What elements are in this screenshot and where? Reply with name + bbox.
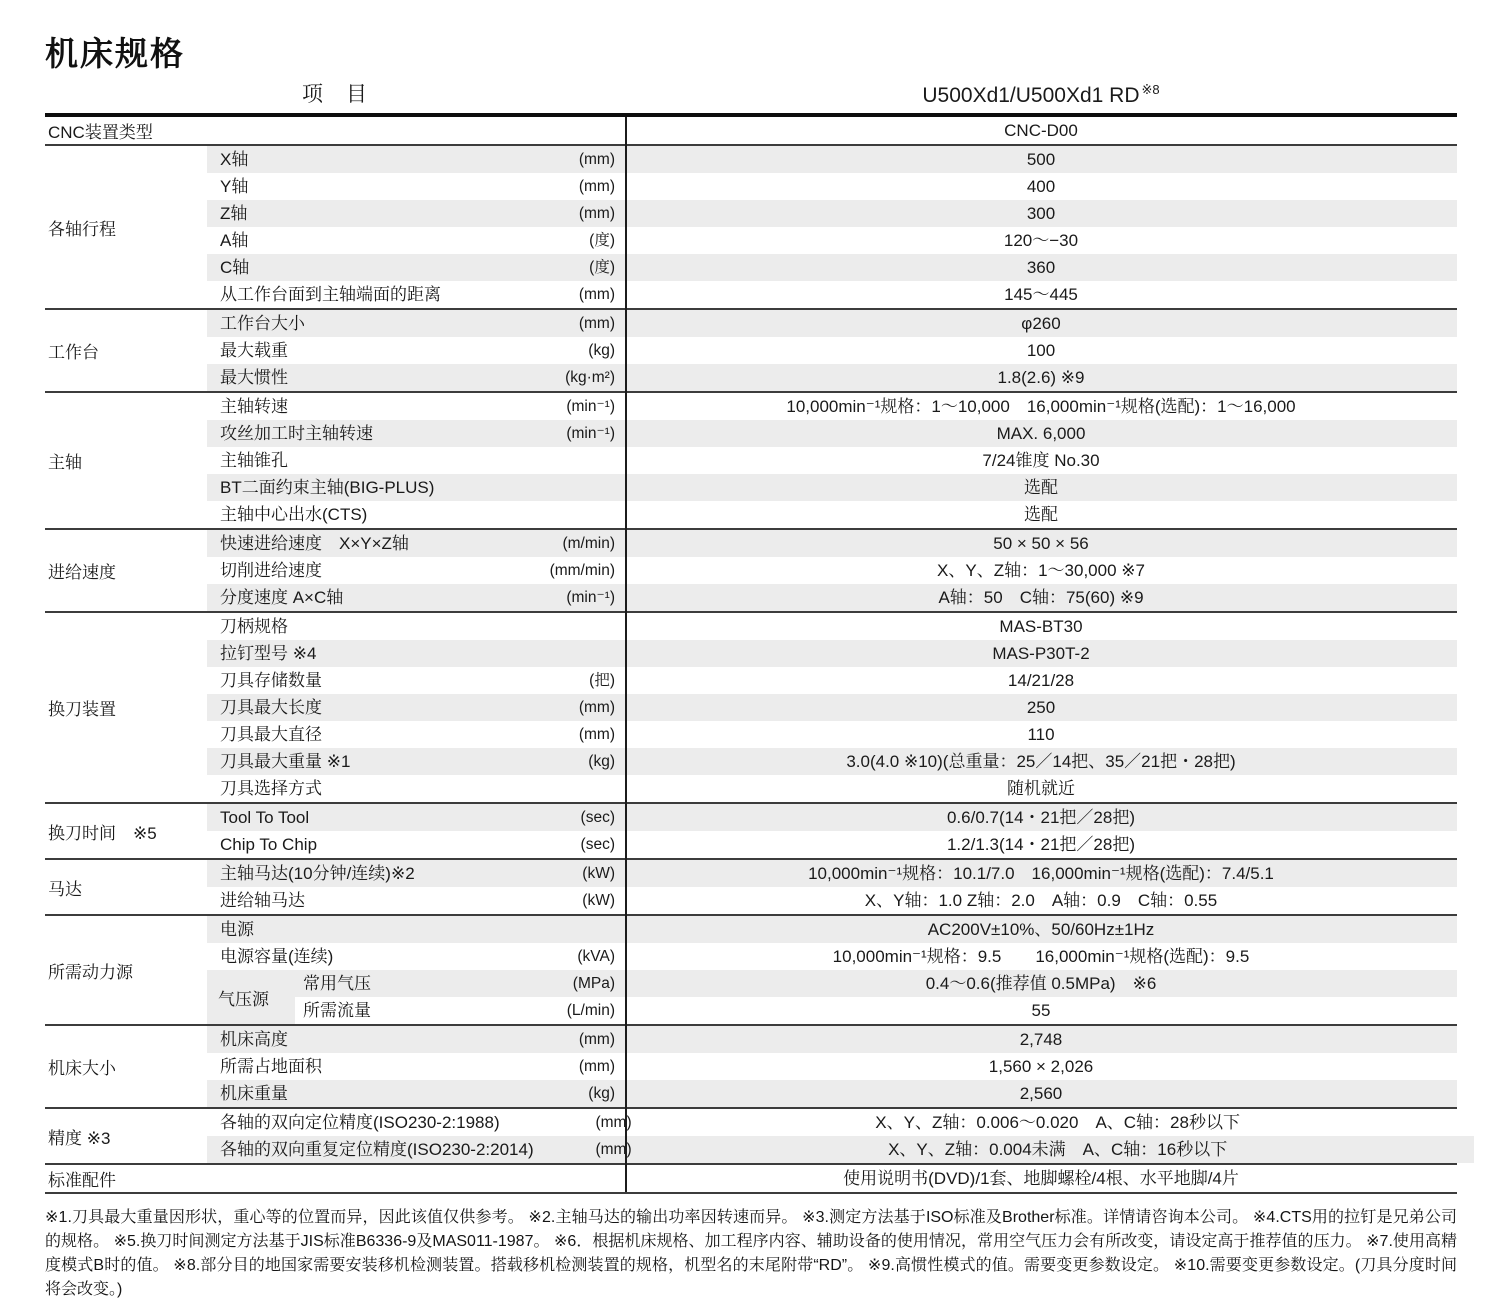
unit-label: (min⁻¹) [517,420,625,447]
section-rows: Tool To Tool(sec)0.6/0.7(14・21把／28把)Chip… [207,804,1457,858]
category-label: 马达 [45,860,207,914]
subgroup-rows: 常用气压(MPa)0.4～0.6(推荐值 0.5MPa) ※6所需流量(L/mi… [295,970,1457,1024]
table-section: 主轴主轴转速(min⁻¹)10,000min⁻¹规格：1～10,000 16,0… [45,391,1457,528]
item-label: 刀柄规格 [207,613,517,640]
table-section: 换刀装置刀柄规格MAS-BT30拉钉型号 ※4MAS-P30T-2刀具存储数量(… [45,611,1457,802]
spec-row: 主轴中心出水(CTS)选配 [207,501,1457,528]
value-cell: AC200V±10%、50/60Hz±1Hz [625,916,1457,943]
item-label: 分度速度 A×C轴 [207,584,517,611]
value-cell: 250 [625,694,1457,721]
spec-row: 标准配件使用说明书(DVD)/1套、地脚螺栓/4根、水平地脚/4片 [45,1165,1457,1192]
unit-label: (kg·m²) [517,364,625,391]
item-label: X轴 [207,146,517,173]
column-header-item: 项 目 [45,78,625,113]
value-cell: 50 × 50 × 56 [625,530,1457,557]
spec-row: 各轴的双向定位精度(ISO230-2:1988)(mm)X、Y、Z轴：0.006… [207,1109,1474,1136]
item-label: Y轴 [207,173,517,200]
value-cell: 10,000min⁻¹规格：10.1/7.0 16,000min⁻¹规格(选配)… [625,860,1457,887]
spec-row: 刀具最大重量 ※1(kg)3.0(4.0 ※10)(总重量：25／14把、35／… [207,748,1457,775]
item-label: 刀具选择方式 [207,775,517,802]
table-section: 机床大小机床高度(mm)2,748所需占地面积(mm)1,560 × 2,026… [45,1024,1457,1107]
spec-row: 主轴转速(min⁻¹)10,000min⁻¹规格：1～10,000 16,000… [207,393,1457,420]
spec-row: C轴(度)360 [207,254,1457,281]
section-rows: 主轴马达(10分钟/连续)※2(kW)10,000min⁻¹规格：10.1/7.… [207,860,1457,914]
spec-row: 拉钉型号 ※4MAS-P30T-2 [207,640,1457,667]
item-label: 最大载重 [207,337,517,364]
unit-label: (mm) [517,173,625,200]
value-cell: 120～−30 [625,227,1457,254]
unit-label: (kW) [517,887,625,914]
spec-row: 主轴锥孔7/24锥度 No.30 [207,447,1457,474]
item-label: 刀具最大直径 [207,721,517,748]
value-cell: 0.4～0.6(推荐值 0.5MPa) ※6 [625,970,1457,997]
spec-row: 从工作台面到主轴端面的距离(mm)145～445 [207,281,1457,308]
table-section: 进给速度快速进给速度 X×Y×Z轴(m/min)50 × 50 × 56切削进给… [45,528,1457,611]
category-label: 各轴行程 [45,146,207,308]
spec-row: Tool To Tool(sec)0.6/0.7(14・21把／28把) [207,804,1457,831]
row-label: CNC装置类型 [45,118,625,143]
unit-label: (kg) [517,337,625,364]
unit-label [517,447,625,474]
value-cell: X、Y、Z轴：0.006～0.020 A、C轴：28秒以下 [642,1109,1474,1136]
item-label: 刀具最大长度 [207,694,517,721]
spec-row: 机床高度(mm)2,748 [207,1026,1457,1053]
table-section: 工作台工作台大小(mm)φ260最大载重(kg)100最大惯性(kg·m²)1.… [45,308,1457,391]
unit-label [517,916,625,943]
unit-label: (kg) [517,1080,625,1107]
category-label: 换刀装置 [45,613,207,802]
spec-row: 刀柄规格MAS-BT30 [207,613,1457,640]
table-section: 马达主轴马达(10分钟/连续)※2(kW)10,000min⁻¹规格：10.1/… [45,858,1457,914]
category-label: 精度 ※3 [45,1109,207,1163]
column-header-model: U500Xd1/U500Xd1 RD※8 [625,82,1457,113]
value-cell: MAS-BT30 [625,613,1457,640]
unit-label: (sec) [517,804,625,831]
column-divider [625,117,627,1192]
unit-label: (度) [517,227,625,254]
value-cell: 1.8(2.6) ※9 [625,364,1457,391]
category-label: 工作台 [45,310,207,391]
value-cell: 1,560 × 2,026 [625,1053,1457,1080]
item-label: 切削进给速度 [207,557,517,584]
spec-row: 最大惯性(kg·m²)1.8(2.6) ※9 [207,364,1457,391]
spec-row: A轴(度)120～−30 [207,227,1457,254]
value-cell: 55 [625,997,1457,1024]
unit-label: (kW) [517,860,625,887]
category-label: 所需动力源 [45,916,207,1024]
unit-label [517,501,625,528]
table-section: 所需动力源电源AC200V±10%、50/60Hz±1Hz电源容量(连续)(kV… [45,914,1457,1024]
item-label: Tool To Tool [207,804,517,831]
item-label: 拉钉型号 ※4 [207,640,517,667]
spec-table: CNC装置类型CNC-D00各轴行程X轴(mm)500Y轴(mm)400Z轴(m… [45,113,1457,1194]
item-label: 电源容量(连续) [207,943,517,970]
spec-row: Y轴(mm)400 [207,173,1457,200]
section-rows: 刀柄规格MAS-BT30拉钉型号 ※4MAS-P30T-2刀具存储数量(把)14… [207,613,1457,802]
value-cell: 3.0(4.0 ※10)(总重量：25／14把、35／21把・28把) [625,748,1457,775]
spec-row: Chip To Chip(sec)1.2/1.3(14・21把／28把) [207,831,1457,858]
item-label: BT二面约束主轴(BIG-PLUS) [207,474,517,501]
spec-row: 分度速度 A×C轴(min⁻¹)A轴：50 C轴：75(60) ※9 [207,584,1457,611]
subgroup-label: 气压源 [207,970,295,1024]
row-label: 标准配件 [45,1166,625,1191]
item-label: 各轴的双向定位精度(ISO230-2:1988) [207,1109,534,1136]
category-label: 机床大小 [45,1026,207,1107]
unit-label: (kVA) [517,943,625,970]
table-section: 换刀时间 ※5Tool To Tool(sec)0.6/0.7(14・21把／2… [45,802,1457,858]
unit-label: (度) [517,254,625,281]
unit-label: (min⁻¹) [517,393,625,420]
value-cell: 使用说明书(DVD)/1套、地脚螺栓/4根、水平地脚/4片 [625,1165,1457,1192]
value-cell: MAX. 6,000 [625,420,1457,447]
table-section: 标准配件使用说明书(DVD)/1套、地脚螺栓/4根、水平地脚/4片 [45,1163,1457,1192]
value-cell: 500 [625,146,1457,173]
section-rows: 机床高度(mm)2,748所需占地面积(mm)1,560 × 2,026机床重量… [207,1026,1457,1107]
item-label: 刀具最大重量 ※1 [207,748,517,775]
spec-row: 刀具存储数量(把)14/21/28 [207,667,1457,694]
value-cell: φ260 [625,310,1457,337]
value-cell: 2,748 [625,1026,1457,1053]
unit-label: (mm) [517,721,625,748]
unit-label: (m/min) [517,530,625,557]
item-label: 各轴的双向重复定位精度(ISO230-2:2014) [207,1136,534,1163]
value-cell: 300 [625,200,1457,227]
spec-row: X轴(mm)500 [207,146,1457,173]
value-cell: 400 [625,173,1457,200]
value-cell: 随机就近 [625,775,1457,802]
unit-label [517,613,625,640]
value-cell: 100 [625,337,1457,364]
spec-row: 电源容量(连续)(kVA)10,000min⁻¹规格：9.5 16,000min… [207,943,1457,970]
table-section: CNC装置类型CNC-D00 [45,117,1457,144]
item-label: 刀具存储数量 [207,667,517,694]
value-cell: X、Y轴：1.0 Z轴：2.0 A轴：0.9 C轴：0.55 [625,887,1457,914]
unit-label: (min⁻¹) [517,584,625,611]
item-label: 攻丝加工时主轴转速 [207,420,517,447]
unit-label: (mm) [517,146,625,173]
spec-row: 各轴的双向重复定位精度(ISO230-2:2014)(mm)X、Y、Z轴：0.0… [207,1136,1474,1163]
unit-label: (kg) [517,748,625,775]
unit-label: (MPa) [517,970,625,997]
value-cell: 145～445 [625,281,1457,308]
unit-label [517,474,625,501]
spec-row: 刀具最大长度(mm)250 [207,694,1457,721]
item-label: 所需流量 [295,997,517,1024]
unit-label [517,775,625,802]
item-label: 主轴转速 [207,393,517,420]
spec-row: BT二面约束主轴(BIG-PLUS)选配 [207,474,1457,501]
value-cell: 110 [625,721,1457,748]
value-cell: MAS-P30T-2 [625,640,1457,667]
model-name: U500Xd1/U500Xd1 RD [922,84,1139,107]
unit-label: (mm) [517,694,625,721]
footnotes: ※1.刀具最大重量因形状，重心等的位置而异，因此该值仅供参考。 ※2.主轴马达的… [45,1206,1457,1302]
value-cell: X、Y、Z轴：0.004未满 A、C轴：16秒以下 [642,1136,1474,1163]
spec-row: 工作台大小(mm)φ260 [207,310,1457,337]
item-label: A轴 [207,227,517,254]
value-cell: 0.6/0.7(14・21把／28把) [625,804,1457,831]
value-cell: 1.2/1.3(14・21把／28把) [625,831,1457,858]
value-cell: 10,000min⁻¹规格：1～10,000 16,000min⁻¹规格(选配)… [625,393,1457,420]
category-label: 换刀时间 ※5 [45,804,207,858]
item-label: Chip To Chip [207,831,517,858]
spec-row: 刀具最大直径(mm)110 [207,721,1457,748]
spec-row: 所需占地面积(mm)1,560 × 2,026 [207,1053,1457,1080]
category-label: 进给速度 [45,530,207,611]
unit-label [517,640,625,667]
value-cell: 2,560 [625,1080,1457,1107]
spec-row: 进给轴马达(kW)X、Y轴：1.0 Z轴：2.0 A轴：0.9 C轴：0.55 [207,887,1457,914]
unit-label: (mm) [517,281,625,308]
value-cell: 选配 [625,501,1457,528]
subgroup: 气压源常用气压(MPa)0.4～0.6(推荐值 0.5MPa) ※6所需流量(L… [207,970,1457,1024]
model-note: ※8 [1142,82,1160,97]
unit-label: (mm) [517,200,625,227]
item-label: 所需占地面积 [207,1053,517,1080]
section-rows: 工作台大小(mm)φ260最大载重(kg)100最大惯性(kg·m²)1.8(2… [207,310,1457,391]
value-cell: 选配 [625,474,1457,501]
spec-row: 机床重量(kg)2,560 [207,1080,1457,1107]
value-cell: 14/21/28 [625,667,1457,694]
spec-row: 电源AC200V±10%、50/60Hz±1Hz [207,916,1457,943]
spec-row: 快速进给速度 X×Y×Z轴(m/min)50 × 50 × 56 [207,530,1457,557]
item-label: 电源 [207,916,517,943]
value-cell: 360 [625,254,1457,281]
spec-row: 切削进给速度(mm/min)X、Y、Z轴：1～30,000 ※7 [207,557,1457,584]
value-cell: A轴：50 C轴：75(60) ※9 [625,584,1457,611]
unit-label: (mm) [517,1026,625,1053]
spec-row: Z轴(mm)300 [207,200,1457,227]
table-section: 各轴行程X轴(mm)500Y轴(mm)400Z轴(mm)300A轴(度)120～… [45,144,1457,308]
spec-row: 最大载重(kg)100 [207,337,1457,364]
category-label: 主轴 [45,393,207,528]
unit-label: (把) [517,667,625,694]
unit-label: (L/min) [517,997,625,1024]
value-cell: 7/24锥度 No.30 [625,447,1457,474]
section-rows: 快速进给速度 X×Y×Z轴(m/min)50 × 50 × 56切削进给速度(m… [207,530,1457,611]
item-label: 主轴中心出水(CTS) [207,501,517,528]
item-label: 常用气压 [295,970,517,997]
item-label: 快速进给速度 X×Y×Z轴 [207,530,517,557]
item-label: 最大惯性 [207,364,517,391]
value-cell: CNC-D00 [625,117,1457,144]
item-label: 主轴锥孔 [207,447,517,474]
item-label: 机床高度 [207,1026,517,1053]
unit-label: (mm) [517,310,625,337]
item-label: C轴 [207,254,517,281]
spec-row: CNC装置类型CNC-D00 [45,117,1457,144]
section-rows: 主轴转速(min⁻¹)10,000min⁻¹规格：1～10,000 16,000… [207,393,1457,528]
spec-row: 刀具选择方式随机就近 [207,775,1457,802]
section-rows: X轴(mm)500Y轴(mm)400Z轴(mm)300A轴(度)120～−30C… [207,146,1457,308]
value-cell: 10,000min⁻¹规格：9.5 16,000min⁻¹规格(选配)：9.5 [625,943,1457,970]
item-label: 工作台大小 [207,310,517,337]
spec-row: 主轴马达(10分钟/连续)※2(kW)10,000min⁻¹规格：10.1/7.… [207,860,1457,887]
table-section: 精度 ※3各轴的双向定位精度(ISO230-2:1988)(mm)X、Y、Z轴：… [45,1107,1457,1163]
item-label: 机床重量 [207,1080,517,1107]
page-title: 机床规格 [45,28,1457,75]
item-label: 主轴马达(10分钟/连续)※2 [207,860,517,887]
unit-label: (mm) [517,1053,625,1080]
spec-sheet-page: 机床规格 项 目 U500Xd1/U500Xd1 RD※8 CNC装置类型CNC… [0,0,1500,1311]
spec-row: 常用气压(MPa)0.4～0.6(推荐值 0.5MPa) ※6 [295,970,1457,997]
value-cell: X、Y、Z轴：1～30,000 ※7 [625,557,1457,584]
section-rows: 各轴的双向定位精度(ISO230-2:1988)(mm)X、Y、Z轴：0.006… [207,1109,1474,1163]
item-label: 从工作台面到主轴端面的距离 [207,281,517,308]
spec-row: 攻丝加工时主轴转速(min⁻¹)MAX. 6,000 [207,420,1457,447]
item-label: 进给轴马达 [207,887,517,914]
item-label: Z轴 [207,200,517,227]
table-header: 项 目 U500Xd1/U500Xd1 RD※8 [45,77,1457,113]
unit-label: (sec) [517,831,625,858]
spec-row: 所需流量(L/min)55 [295,997,1457,1024]
section-rows: 电源AC200V±10%、50/60Hz±1Hz电源容量(连续)(kVA)10,… [207,916,1457,1024]
unit-label: (mm/min) [517,557,625,584]
